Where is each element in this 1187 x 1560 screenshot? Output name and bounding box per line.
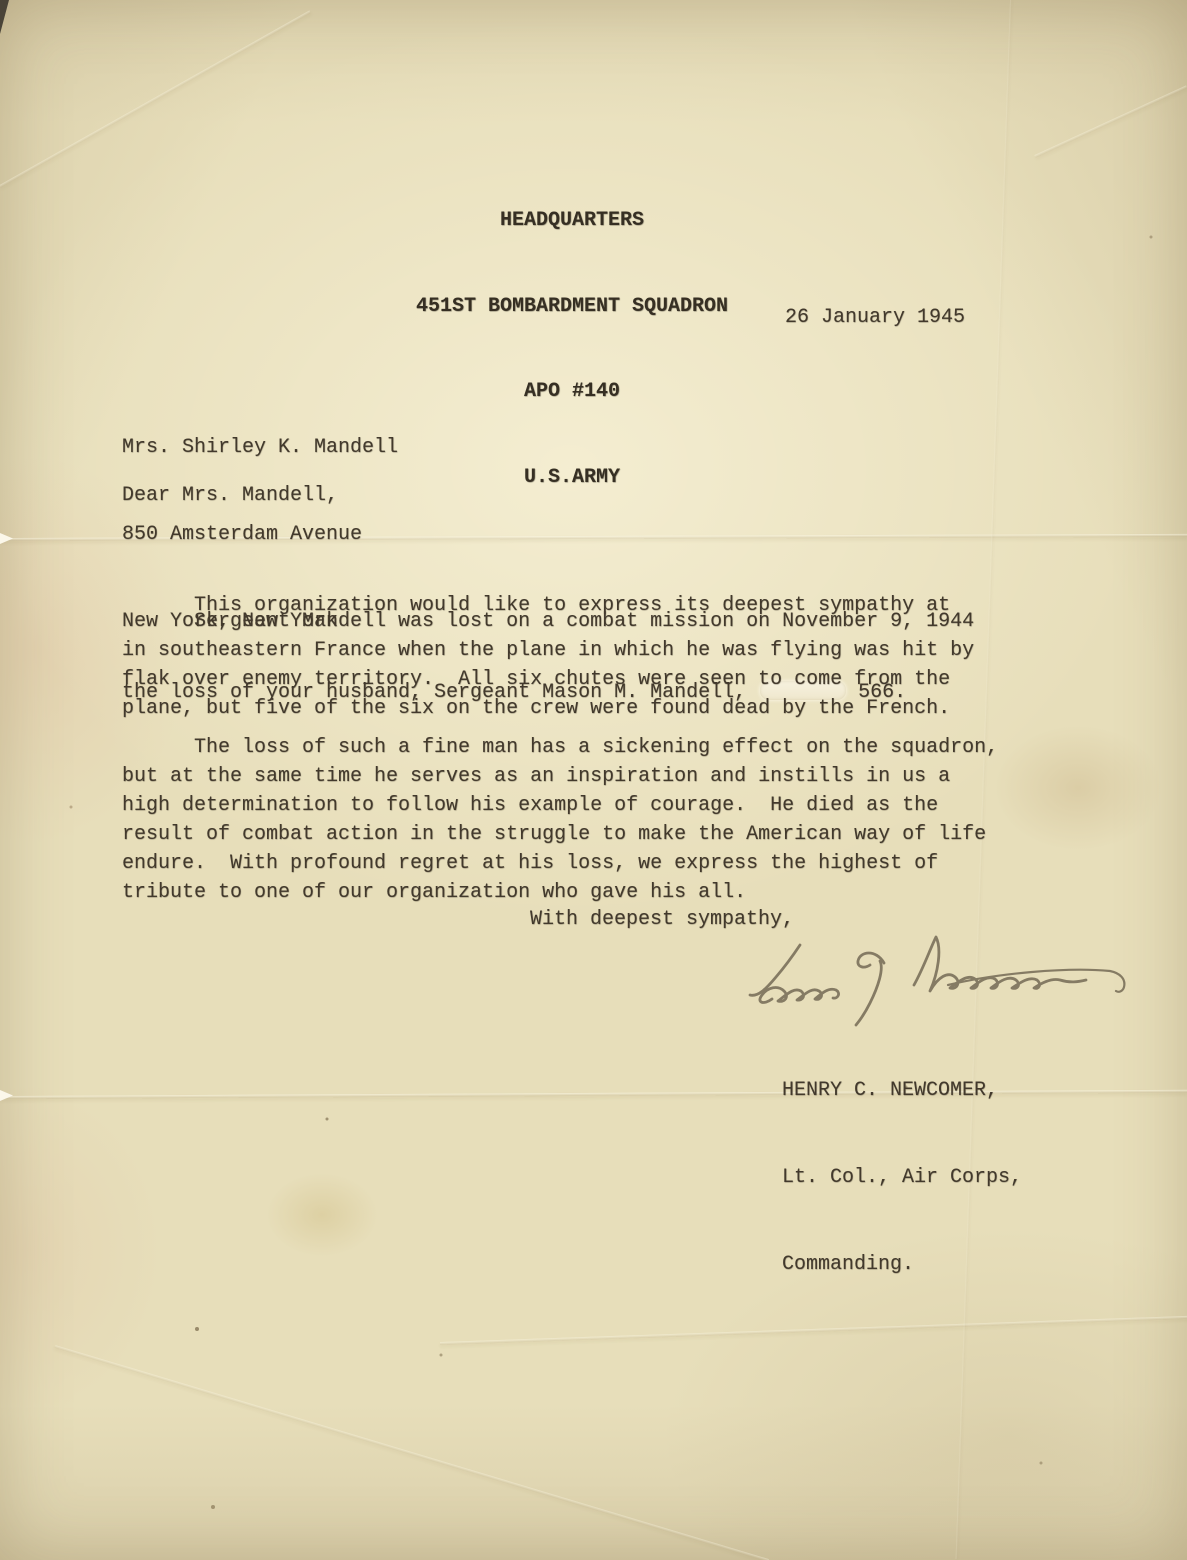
signature-typed-title: Lt. Col., Air Corps, bbox=[782, 1163, 1022, 1192]
paper-specks bbox=[0, 0, 2, 2]
date-line: 26 January 1945 bbox=[785, 303, 965, 332]
edge-tear-lower bbox=[0, 1090, 13, 1101]
scan-corner-sliver bbox=[0, 0, 9, 34]
signature-typed-name: HENRY C. NEWCOMER, bbox=[782, 1076, 1022, 1105]
letterhead-headquarters: HEADQUARTERS bbox=[0, 207, 1144, 236]
letter-page: HEADQUARTERS 451ST BOMBARDMENT SQUADRON … bbox=[0, 0, 1187, 1560]
salutation: Dear Mrs. Mandell, bbox=[122, 481, 338, 510]
paragraph-2: Sergeant Mandell was lost on a combat mi… bbox=[122, 607, 974, 723]
recipient-name: Mrs. Shirley K. Mandell bbox=[122, 433, 398, 462]
paragraph-3: The loss of such a fine man has a sicken… bbox=[122, 733, 998, 907]
signature-block: HENRY C. NEWCOMER, Lt. Col., Air Corps, … bbox=[782, 1018, 1022, 1337]
crease-top-right-diagonal bbox=[1034, 85, 1187, 158]
letterhead-squadron: 451ST BOMBARDMENT SQUADRON bbox=[0, 293, 1144, 322]
signature-typed-role: Commanding. bbox=[782, 1250, 1022, 1279]
crease-bottom-left-diagonal bbox=[55, 1345, 769, 1560]
handwritten-signature bbox=[738, 925, 1138, 1025]
